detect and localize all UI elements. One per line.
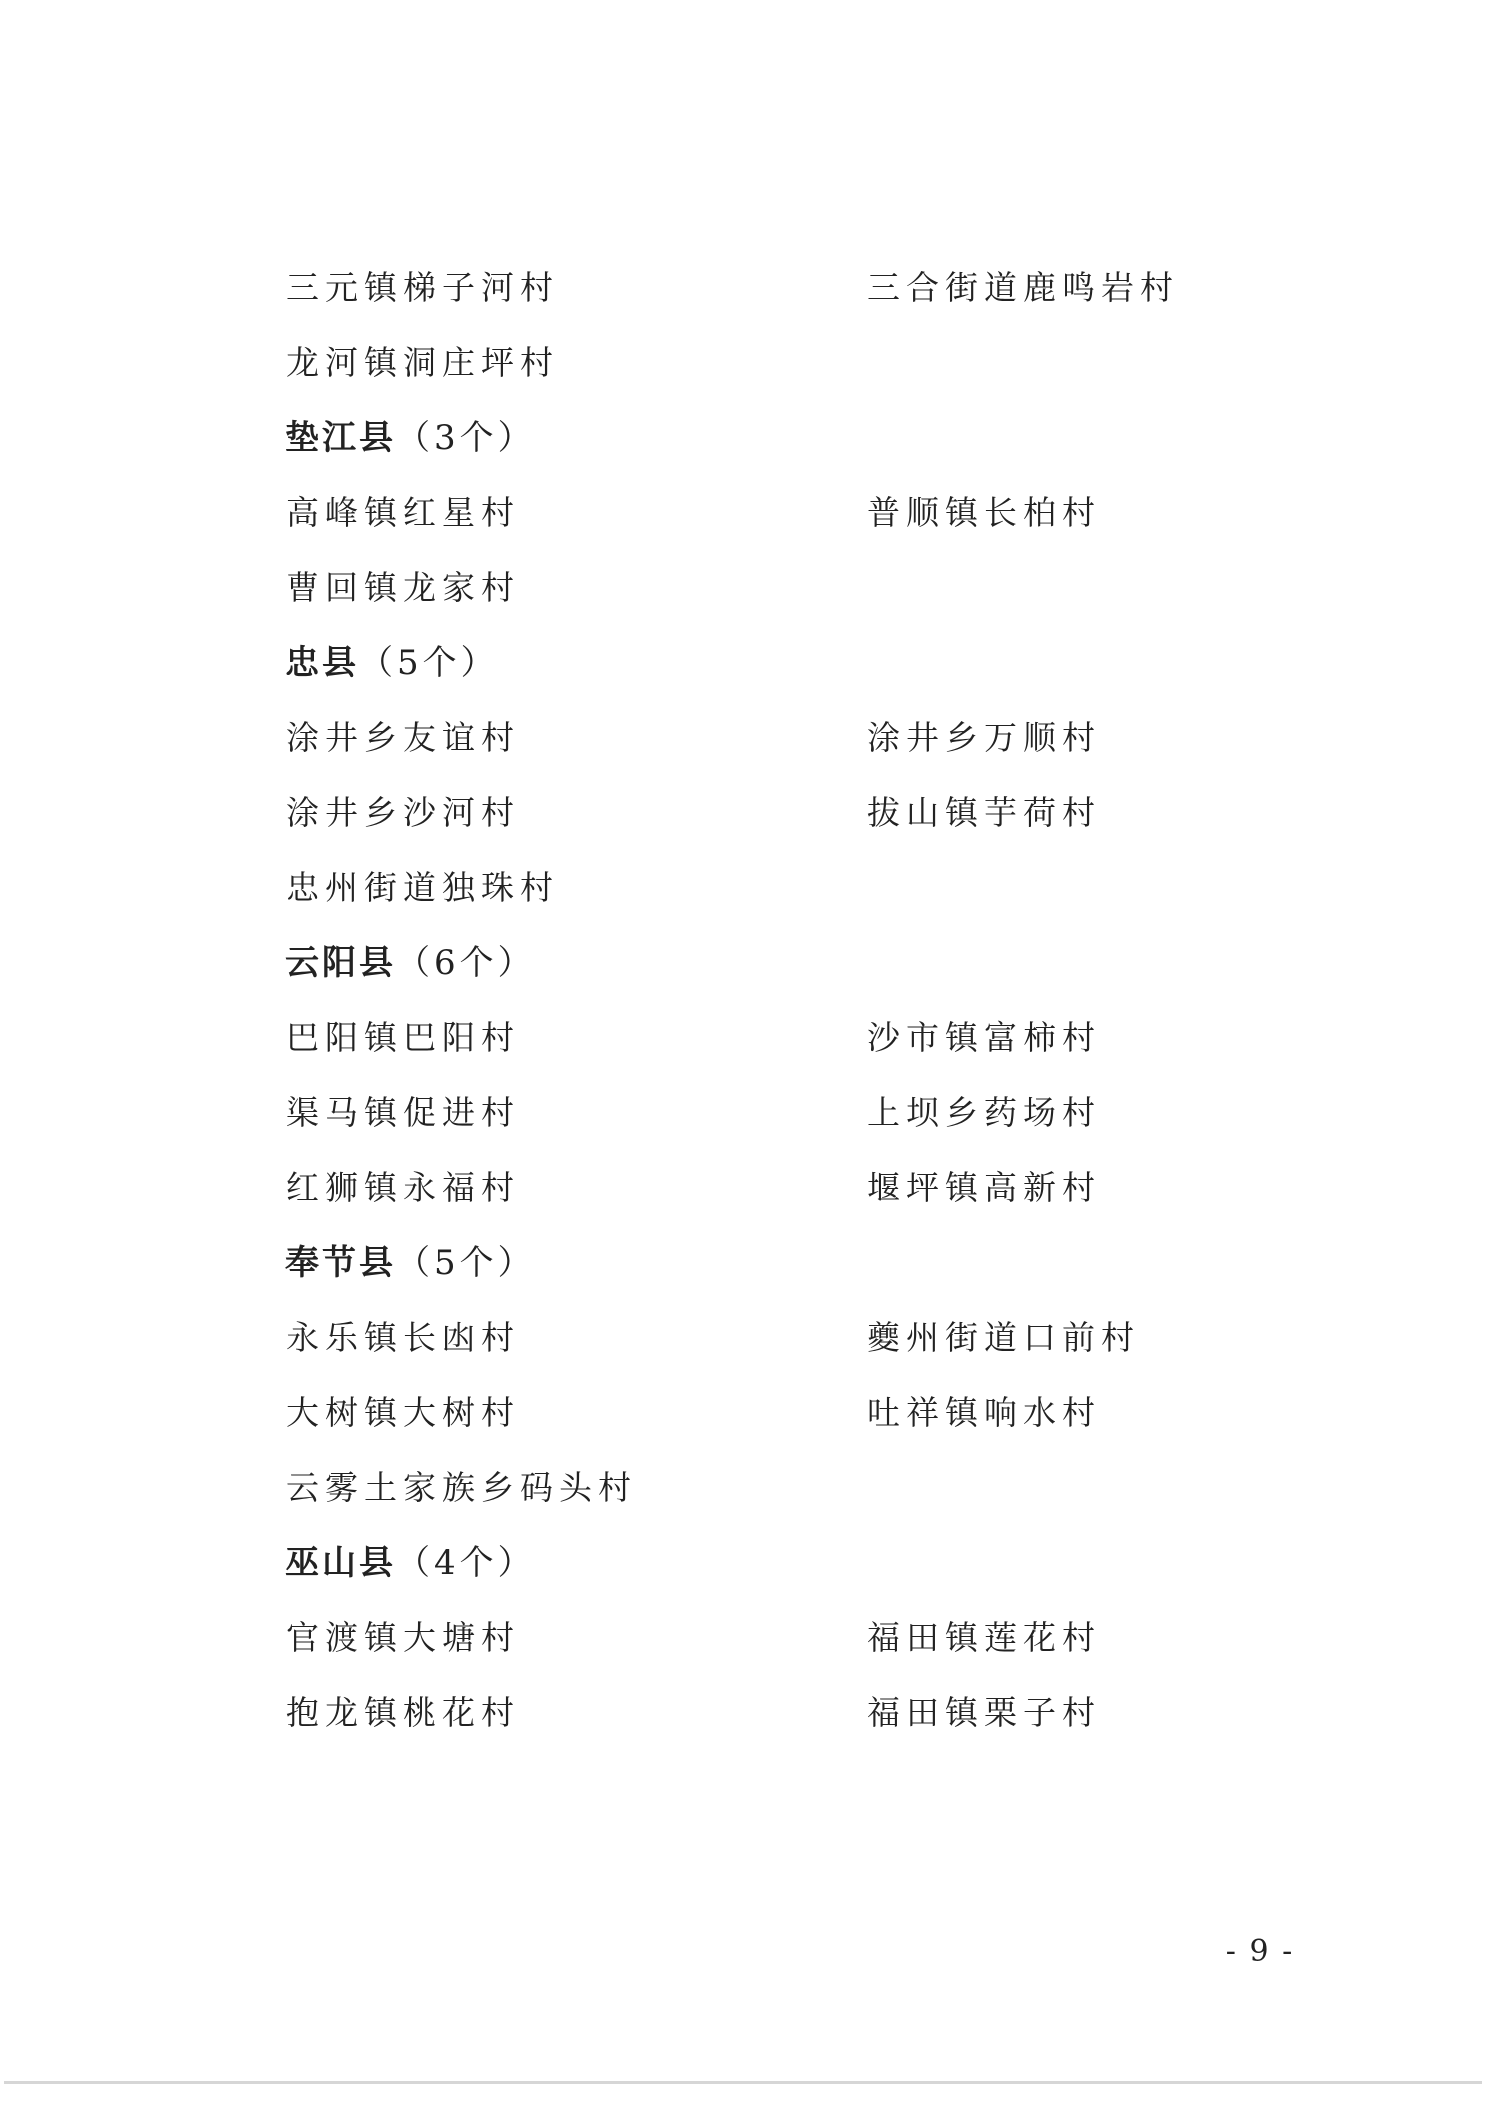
village-row: 渠马镇促进村 上坝乡药场村 [0, 1093, 1487, 1133]
village-entry: 大树镇大树村 [286, 1393, 520, 1433]
village-entry: 沙市镇富柿村 [867, 1018, 1101, 1058]
village-entry: 涂井乡万顺村 [867, 718, 1101, 758]
village-entry: 夔州街道口前村 [867, 1318, 1140, 1358]
village-row: 涂井乡沙河村 拔山镇芋荷村 [0, 793, 1487, 833]
village-entry: 渠马镇促进村 [286, 1093, 520, 1133]
village-count: （5个） [396, 1243, 536, 1283]
village-entry: 龙河镇洞庄坪村 [286, 343, 559, 383]
village-row: 官渡镇大塘村 福田镇莲花村 [0, 1618, 1487, 1658]
document-page: 三元镇梯子河村 三合街道鹿鸣岩村 龙河镇洞庄坪村 垫江县（3个） 高峰镇红星村 … [0, 0, 1487, 2102]
village-count: （3个） [396, 418, 536, 458]
village-entry: 红狮镇永福村 [286, 1168, 520, 1208]
village-entry: 堰坪镇高新村 [867, 1168, 1101, 1208]
village-entry: 上坝乡药场村 [867, 1093, 1101, 1133]
village-entry: 忠州街道独珠村 [286, 868, 559, 908]
village-row: 永乐镇长凼村 夔州街道口前村 [0, 1318, 1487, 1358]
county-heading: 奉节县（5个） [285, 1243, 536, 1283]
village-entry: 抱龙镇桃花村 [286, 1693, 520, 1733]
village-entry: 永乐镇长凼村 [286, 1318, 520, 1358]
village-row: 曹回镇龙家村 [0, 568, 1487, 608]
county-name: 奉节县 [285, 1243, 396, 1283]
village-entry: 三元镇梯子河村 [286, 268, 559, 308]
county-heading: 云阳县（6个） [285, 943, 536, 983]
village-entry: 高峰镇红星村 [286, 493, 520, 533]
village-entry: 云雾土家族乡码头村 [286, 1468, 637, 1508]
village-row: 涂井乡友谊村 涂井乡万顺村 [0, 718, 1487, 758]
county-name: 云阳县 [285, 943, 396, 983]
village-entry: 三合街道鹿鸣岩村 [867, 268, 1179, 308]
village-entry: 吐祥镇响水村 [867, 1393, 1101, 1433]
village-row: 云雾土家族乡码头村 [0, 1468, 1487, 1508]
village-entry: 曹回镇龙家村 [286, 568, 520, 608]
village-entry: 官渡镇大塘村 [286, 1618, 520, 1658]
page-number: - 9 - [1214, 1934, 1306, 1970]
village-entry: 拔山镇芋荷村 [867, 793, 1101, 833]
village-row: 忠州街道独珠村 [0, 868, 1487, 908]
village-count: （4个） [396, 1543, 536, 1583]
county-heading-row: 忠县（5个） [0, 643, 1487, 683]
county-name: 忠县 [285, 643, 359, 683]
village-row: 高峰镇红星村 普顺镇长柏村 [0, 493, 1487, 533]
county-name: 垫江县 [285, 418, 396, 458]
village-row: 三元镇梯子河村 三合街道鹿鸣岩村 [0, 268, 1487, 308]
county-heading-row: 奉节县（5个） [0, 1243, 1487, 1283]
county-heading: 巫山县（4个） [285, 1543, 536, 1583]
village-row: 红狮镇永福村 堰坪镇高新村 [0, 1168, 1487, 1208]
village-entry: 福田镇莲花村 [867, 1618, 1101, 1658]
county-heading: 垫江县（3个） [285, 418, 536, 458]
county-heading-row: 垫江县（3个） [0, 418, 1487, 458]
county-name: 巫山县 [285, 1543, 396, 1583]
county-heading: 忠县（5个） [285, 643, 499, 683]
village-row: 龙河镇洞庄坪村 [0, 343, 1487, 383]
village-count: （6个） [396, 943, 536, 983]
village-row: 抱龙镇桃花村 福田镇栗子村 [0, 1693, 1487, 1733]
county-heading-row: 云阳县（6个） [0, 943, 1487, 983]
village-entry: 巴阳镇巴阳村 [286, 1018, 520, 1058]
village-entry: 福田镇栗子村 [867, 1693, 1101, 1733]
village-row: 大树镇大树村 吐祥镇响水村 [0, 1393, 1487, 1433]
village-row: 巴阳镇巴阳村 沙市镇富柿村 [0, 1018, 1487, 1058]
village-entry: 涂井乡沙河村 [286, 793, 520, 833]
village-entry: 普顺镇长柏村 [867, 493, 1101, 533]
county-heading-row: 巫山县（4个） [0, 1543, 1487, 1583]
page-bottom-edge-divider [4, 2081, 1482, 2084]
village-count: （5个） [359, 643, 499, 683]
village-entry: 涂井乡友谊村 [286, 718, 520, 758]
